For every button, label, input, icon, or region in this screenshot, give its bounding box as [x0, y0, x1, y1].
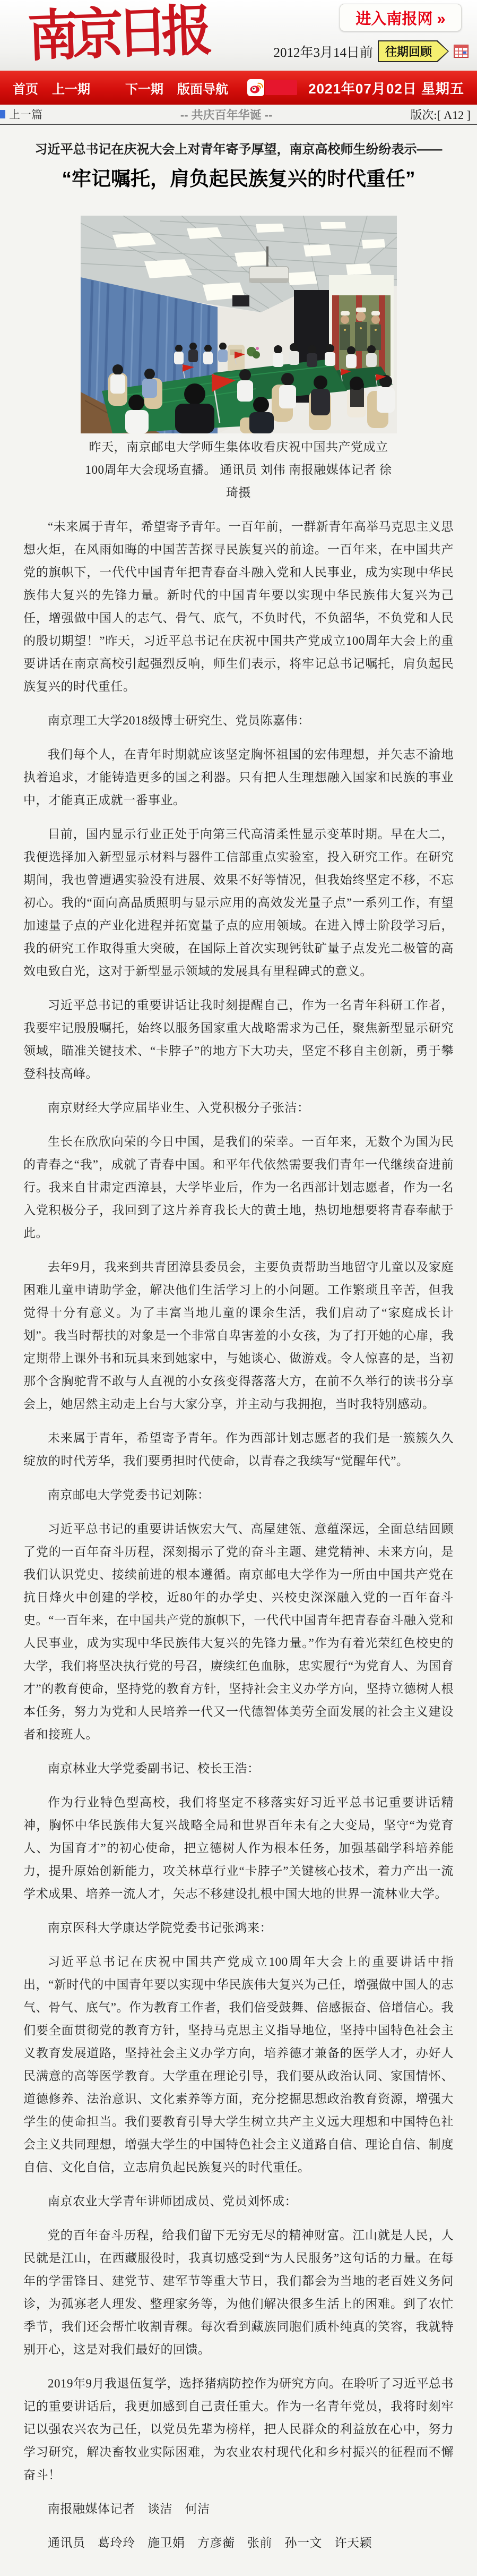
article: 习近平总书记在庆祝大会上对青年寄予厚望，南京高校师生纷纷表示—— “牢记嘱托，肩… — [0, 139, 477, 2576]
epaper-page: 南京日报 进入南报网 » 2012年3月14日前 往期回顾 首页 上一期 下一期… — [0, 0, 477, 2576]
weibo-share-widget — [247, 79, 297, 96]
photo-caption: 昨天，南京邮电大学师生集体收看庆祝中国共产党成立100周年大会现场直播。 通讯员… — [81, 436, 397, 504]
speaker-line: 南京财经大学应届毕业生、入党积极分子张洁： — [23, 1096, 454, 1119]
edition-label: 版次:[ A12 ] — [410, 106, 471, 123]
newspaper-logo: 南京日报 — [27, 0, 207, 71]
article-eyebrow: 习近平总书记在庆祝大会上对青年寄予厚望，南京高校师生纷纷表示—— — [23, 139, 454, 157]
speaker-line: 南京医科大学康达学院党委书记张鸿来： — [23, 1916, 454, 1939]
article-paragraph: 习近平总书记的重要讲话让我时刻提醒自己，作为一名青年科研工作者，我要牢记殷殷嘱托… — [23, 994, 454, 1085]
article-paragraph: 我们每个人，在青年时期就应该坚定胸怀祖国的宏伟理想，并矢志不渝地执着追求，才能铸… — [23, 743, 454, 812]
credit-line: 通讯员 葛玲玲 施卫娟 方彦蘅 张前 孙一文 许天颖 — [23, 2531, 454, 2554]
article-credits: 南报融媒体记者 谈洁 何洁通讯员 葛玲玲 施卫娟 方彦蘅 张前 孙一文 许天颖 — [23, 2497, 454, 2554]
article-paragraph: 作为行业特色型高校，我们将坚定不移落实好习近平总书记重要讲话精神，胸怀中华民族伟… — [23, 1791, 454, 1905]
enter-site-button[interactable]: 进入南报网 » — [340, 4, 462, 31]
article-sub-nav: 上一篇 -- 共庆百年华诞 -- 版次:[ A12 ] — [0, 105, 477, 125]
masthead: 南京日报 进入南报网 » 2012年3月14日前 往期回顾 — [0, 0, 477, 71]
article-paragraph: 生长在欣欣向荣的今日中国，是我们的荣幸。一百年来，无数个为国为民的青春之“我”，… — [23, 1130, 454, 1244]
article-paragraph: 党的百年奋斗历程，给我们留下无穷无尽的精神财富。江山就是人民，人民就是江山，在西… — [23, 2224, 454, 2361]
credit-line: 南报融媒体记者 谈洁 何洁 — [23, 2497, 454, 2520]
document-icon — [0, 110, 5, 118]
article-paragraph: 去年9月，我来到共青团漳县委员会，主要负责帮助当地留守儿童以及家庭困难儿童申请助… — [23, 1256, 454, 1415]
speaker-line: 南京理工大学2018级博士研究生、党员陈嘉伟： — [23, 709, 454, 732]
section-title: -- 共庆百年华诞 -- — [42, 106, 410, 123]
past-issues-button-label: 往期回顾 — [379, 41, 448, 61]
issue-date: 2021年07月02日 星期五 — [308, 78, 464, 98]
article-figure: 昨天，南京邮电大学师生集体收看庆祝中国共产党成立100周年大会现场直播。 通讯员… — [81, 216, 397, 504]
weibo-icon[interactable] — [247, 79, 264, 96]
article-photo — [81, 216, 397, 433]
nav-next-issue[interactable]: 下一期 — [125, 79, 163, 97]
weibo-follow-button[interactable] — [265, 80, 297, 95]
article-paragraph: 目前，国内显示行业正处于向第三代高清柔性显示变革时期。早在大二，我便选择加入新型… — [23, 823, 454, 983]
nav-home[interactable]: 首页 — [13, 79, 38, 97]
nav-layout-navigation[interactable]: 版面导航 — [177, 79, 228, 97]
prev-article-link[interactable]: 上一篇 — [9, 106, 42, 122]
article-paragraph: 习近平总书记在庆祝中国共产党成立100周年大会上的重要讲话中指出，“新时代的中国… — [23, 1950, 454, 2179]
archive-row: 2012年3月14日前 往期回顾 — [273, 40, 469, 62]
primary-nav-bar: 首页 上一期 下一期 版面导航 2021年07月02日 星期五 — [0, 71, 477, 105]
weibo-eye-glyph — [248, 80, 263, 95]
article-paragraph: 未来属于青年，希望寄予青年。作为西部计划志愿者的我们是一簇簇久久绽放的时代芳华，… — [23, 1427, 454, 1472]
nav-prev-issue[interactable]: 上一期 — [52, 79, 90, 97]
past-issues-button[interactable]: 往期回顾 — [378, 40, 449, 62]
speaker-line: 南京林业大学党委副书记、校长王浩： — [23, 1757, 454, 1780]
article-title: “牢记嘱托，肩负起民族复兴的时代重任” — [23, 163, 454, 191]
archive-date-label: 2012年3月14日前 — [273, 42, 373, 61]
speaker-line: 南京农业大学青年讲师团成员、党员刘怀成： — [23, 2190, 454, 2213]
article-paragraph: 2019年9月我退伍复学，选择猪病防控作为研究方向。在聆听了习近平总书记的重要讲… — [23, 2372, 454, 2486]
article-paragraph: “未来属于青年，希望寄予青年。一百年前，一群新青年高举马克思主义思想火炬，在风雨… — [23, 515, 454, 698]
article-paragraph: 习近平总书记的重要讲话恢宏大气、高屋建瓴、意蕴深远，全面总结回顾了党的一百年奋斗… — [23, 1517, 454, 1746]
speaker-line: 南京邮电大学党委书记刘陈： — [23, 1483, 454, 1506]
article-body: “未来属于青年，希望寄予青年。一百年前，一群新青年高举马克思主义思想火炬，在风雨… — [23, 515, 454, 2486]
calendar-icon[interactable] — [454, 44, 469, 58]
